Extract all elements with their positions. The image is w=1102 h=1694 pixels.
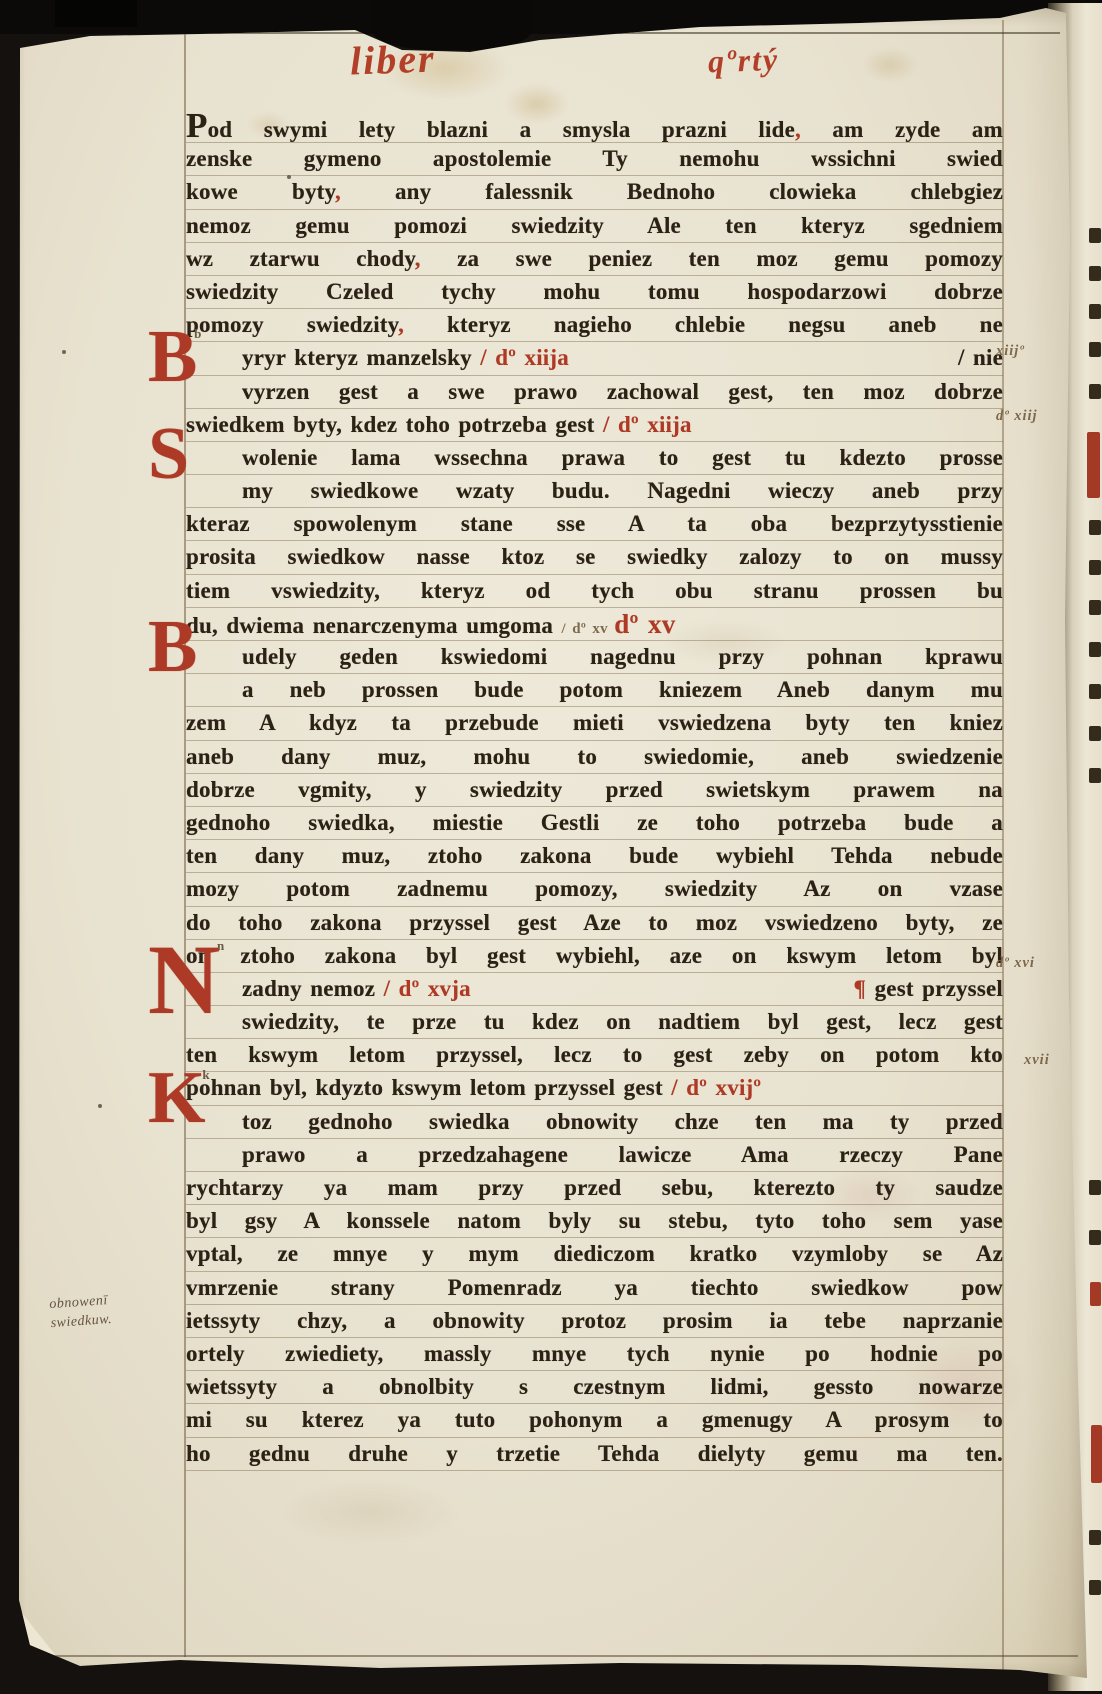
next-page-text-fragment bbox=[1089, 560, 1101, 575]
text-line: zem A kdyz ta przebude mieti vswiedzena … bbox=[186, 707, 1003, 740]
text-line: ten kswym letom przyssel, lecz to gest z… bbox=[186, 1039, 1003, 1072]
margin-gloss-line: swiedkuw. bbox=[50, 1310, 113, 1333]
text-segment: am zyde am bbox=[801, 117, 1003, 142]
text-segment: mi su kterez ya tuto pohonym a gmenugy A… bbox=[186, 1407, 1003, 1432]
text-segment: kteryz nagieho chlebie negsu aneb ne bbox=[404, 312, 1003, 337]
text-line: wz ztarwu chody, za swe peniez ten moz g… bbox=[186, 243, 1003, 276]
margin-note: xiijº bbox=[996, 343, 1025, 360]
text-segment: zadny nemoz bbox=[242, 973, 384, 1005]
margin-note: dº xiij bbox=[996, 408, 1038, 425]
text-line: tiem vswiedzity, kteryz od tych obu stra… bbox=[186, 575, 1003, 608]
manuscript-page: liber qºrtý Pod swymi lety blazni a smys… bbox=[0, 0, 1102, 1694]
text-segment: gednoho swiedka, miestie Gestli ze toho … bbox=[186, 810, 1003, 835]
text-line: mi su kterez ya tuto pohonym a gmenugy A… bbox=[186, 1404, 1003, 1437]
next-page-text-fragment bbox=[1089, 1230, 1101, 1245]
next-page-text-fragment bbox=[1089, 1530, 1101, 1545]
text-line: Pod swymi lety blazni a smysla prazni li… bbox=[186, 110, 1003, 143]
next-page-text-fragment bbox=[1089, 726, 1101, 741]
text-segment: mozy potom zadnemu pomozy, swiedzity Az … bbox=[186, 876, 1003, 901]
guide-letter: n bbox=[217, 941, 224, 952]
text-segment: za swe peniez ten moz gemu pomozy bbox=[421, 246, 1003, 271]
text-segment: my swiedkowe wzaty budu. Nagedni wieczy … bbox=[242, 478, 1003, 503]
text-segment: P bbox=[186, 110, 208, 143]
text-line: wietssyty a obnolbity s czestnym lidmi, … bbox=[186, 1371, 1003, 1404]
text-line: pohnan byl, kdyzto kswym letom przyssel … bbox=[186, 1072, 1003, 1105]
next-page-text-fragment bbox=[1089, 1580, 1101, 1595]
text-segment: kteraz spowolenym stane sse A ta oba bez… bbox=[186, 511, 1003, 536]
parchment-stain bbox=[280, 1480, 460, 1544]
text-line: a neb prossen bude potom kniezem Aneb da… bbox=[186, 674, 1003, 707]
next-page-text-fragment bbox=[1089, 266, 1101, 281]
text-segment: vmrzenie strany Pomenradz ya tiechto swi… bbox=[186, 1275, 1003, 1300]
next-page-text-fragment bbox=[1089, 520, 1101, 535]
text-segment: prawo a przedzahagene lawicze Ama rzeczy… bbox=[242, 1142, 1003, 1167]
text-segment: / dº xiija bbox=[603, 412, 692, 437]
text-segment: ten dany muz, ztoho zakona bude wybiehl … bbox=[186, 843, 1003, 868]
text-line: ten dany muz, ztoho zakona bude wybiehl … bbox=[186, 840, 1003, 873]
page-corner-fold bbox=[18, 1608, 64, 1666]
binding-tab bbox=[55, 0, 137, 27]
next-page-initial-fragment bbox=[1090, 1282, 1101, 1306]
text-segment: ¶ bbox=[854, 973, 875, 1005]
text-segment: ten kswym letom przyssel, lecz to gest z… bbox=[186, 1042, 1003, 1067]
text-segment: nemoz gemu pomozi swiedzity Ale ten kter… bbox=[186, 213, 1003, 238]
next-page-text-fragment bbox=[1089, 684, 1101, 699]
next-page-text-fragment bbox=[1089, 384, 1101, 399]
text-segment: vptal, ze mnye y mym diediczom kratko vz… bbox=[186, 1241, 1003, 1266]
text-segment: ho gednu druhe y trzetie Tehda dielyty g… bbox=[186, 1441, 1003, 1466]
text-line: wolenie lama wssechna prawa to gest tu k… bbox=[186, 442, 1003, 475]
parchment-stain bbox=[862, 48, 918, 82]
manuscript-photo: liber qºrtý Pod swymi lety blazni a smys… bbox=[0, 0, 1102, 1694]
text-line: ortely zwiediety, massly mnye tych nynie… bbox=[186, 1338, 1003, 1371]
text-segment: dº xv bbox=[614, 609, 675, 639]
text-segment: ietssyty chzy, a obnowity protoz prosim … bbox=[186, 1308, 1003, 1333]
text-line: prosita swiedkow nasse ktoz se swiedky z… bbox=[186, 541, 1003, 574]
text-line: zadny nemoz / dº xvja¶ gest przyssel bbox=[186, 973, 1003, 1006]
text-line: aneb dany muz, mohu to swiedomie, aneb s… bbox=[186, 741, 1003, 774]
next-page-text-fragment bbox=[1089, 642, 1101, 657]
text-segment: zem A kdyz ta przebude mieti vswiedzena … bbox=[186, 710, 1003, 735]
text-segment: on ztoho zakona byl gest wybiehl, aze on… bbox=[186, 943, 1003, 968]
text-line: ietssyty chzy, a obnowity protoz prosim … bbox=[186, 1305, 1003, 1338]
rubric-initial-B: Bb bbox=[148, 327, 197, 388]
speck bbox=[98, 1104, 102, 1108]
text-segment: udely geden kswiedomi nagednu przy pohna… bbox=[242, 644, 1003, 669]
text-segment: prosita swiedkow nasse ktoz se swiedky z… bbox=[186, 544, 1003, 569]
text-segment: do toho zakona przyssel gest Aze to moz … bbox=[186, 910, 1003, 935]
next-page-text-fragment bbox=[1089, 1180, 1101, 1195]
text-line: mozy potom zadnemu pomozy, swiedzity Az … bbox=[186, 873, 1003, 906]
text-segment: a neb prossen bude potom kniezem Aneb da… bbox=[242, 677, 1003, 702]
next-page-text-fragment bbox=[1089, 342, 1101, 357]
text-line: vyrzen gest a swe prawo zachowal gest, t… bbox=[186, 376, 1003, 409]
margin-note: dº xvi bbox=[996, 955, 1035, 972]
text-line: dobrze vgmity, y swiedzity przed swietsk… bbox=[186, 774, 1003, 807]
text-segment: rychtarzy ya mam przy przed sebu, kterez… bbox=[186, 1175, 1003, 1200]
text-line: prawo a przedzahagene lawicze Ama rzeczy… bbox=[186, 1139, 1003, 1172]
text-segment: wz ztarwu chody bbox=[186, 246, 415, 271]
text-line: udely geden kswiedomi nagednu przy pohna… bbox=[186, 641, 1003, 674]
text-segment: du, dwiema nenarczenyma umgoma bbox=[186, 613, 561, 638]
text-line: yryr kteryz manzelsky / dº xiija/ nie bbox=[186, 342, 1003, 375]
text-segment: / dº xv bbox=[561, 621, 614, 637]
rubric-initial-B: B bbox=[148, 617, 197, 678]
text-segment: / dº xvijº bbox=[671, 1075, 761, 1100]
next-page-text-fragment bbox=[1089, 600, 1101, 615]
text-segment: / dº xvja bbox=[384, 973, 471, 1005]
text-line: on ztoho zakona byl gest wybiehl, aze on… bbox=[186, 940, 1003, 973]
text-line: byl gsy A konssele natom byly su stebu, … bbox=[186, 1205, 1003, 1238]
next-page-text-fragment bbox=[1089, 228, 1101, 243]
guide-letter: b bbox=[194, 329, 201, 340]
text-segment: zenske gymeno apostolemie Ty nemohu wssi… bbox=[186, 146, 1003, 171]
next-page-text-fragment bbox=[1089, 304, 1101, 319]
running-header-right: qºrtý bbox=[707, 41, 779, 80]
speck bbox=[62, 350, 66, 354]
text-segment: vyrzen gest a swe prawo zachowal gest, t… bbox=[242, 379, 1003, 404]
text-segment: byl gsy A konssele natom byly su stebu, … bbox=[186, 1208, 1003, 1233]
text-line: gednoho swiedka, miestie Gestli ze toho … bbox=[186, 807, 1003, 840]
margin-gloss: obnowenī swiedkuw. bbox=[49, 1291, 113, 1333]
text-line: swiedkem byty, kdez toho potrzeba gest /… bbox=[186, 409, 1003, 442]
text-segment: od swymi lety blazni a smysla prazni lid… bbox=[208, 117, 795, 142]
text-segment: kowe byty bbox=[186, 179, 335, 204]
text-line: ho gednu druhe y trzetie Tehda dielyty g… bbox=[186, 1438, 1003, 1471]
text-segment: gest przyssel bbox=[875, 973, 1003, 1005]
text-segment: yryr kteryz manzelsky bbox=[242, 342, 480, 374]
text-line: nemoz gemu pomozi swiedzity Ale ten kter… bbox=[186, 210, 1003, 243]
next-page-initial-fragment bbox=[1087, 432, 1100, 498]
ruling-line-bottom bbox=[30, 1655, 1078, 1657]
rubric-initial-K: Kk bbox=[148, 1068, 206, 1129]
next-page-initial-fragment bbox=[1091, 1425, 1102, 1483]
text-line: kowe byty, any falessnik Bednoho clowiek… bbox=[186, 176, 1003, 209]
text-segment: pomozy swiedzity bbox=[186, 312, 398, 337]
text-segment: dobrze vgmity, y swiedzity przed swietsk… bbox=[186, 777, 1003, 802]
text-segment: pohnan byl, kdyzto kswym letom przyssel … bbox=[186, 1075, 671, 1100]
text-line: toz gednoho swiedka obnowity chze ten ma… bbox=[186, 1106, 1003, 1139]
text-line: do toho zakona przyssel gest Aze to moz … bbox=[186, 907, 1003, 940]
text-line: vptal, ze mnye y mym diediczom kratko vz… bbox=[186, 1238, 1003, 1271]
text-segment: wietssyty a obnolbity s czestnym lidmi, … bbox=[186, 1374, 1003, 1399]
text-line: pomozy swiedzity, kteryz nagieho chlebie… bbox=[186, 309, 1003, 342]
text-line: swiedzity, te prze tu kdez on nadtiem by… bbox=[186, 1006, 1003, 1039]
rubric-initial-N: Nn bbox=[148, 939, 220, 1021]
text-line: rychtarzy ya mam przy przed sebu, kterez… bbox=[186, 1172, 1003, 1205]
text-segment: swiedzity Czeled tychy mohu tomu hospoda… bbox=[186, 279, 1003, 304]
speck bbox=[940, 1684, 944, 1688]
text-segment: swiedkem byty, kdez toho potrzeba gest bbox=[186, 412, 603, 437]
text-line: zenske gymeno apostolemie Ty nemohu wssi… bbox=[186, 143, 1003, 176]
text-segment: toz gednoho swiedka obnowity chze ten ma… bbox=[242, 1109, 1003, 1134]
text-line: kteraz spowolenym stane sse A ta oba bez… bbox=[186, 508, 1003, 541]
text-line: swiedzity Czeled tychy mohu tomu hospoda… bbox=[186, 276, 1003, 309]
text-segment: any falessnik Bednoho clowieka chlebgiez bbox=[341, 179, 1003, 204]
text-segment: tiem vswiedzity, kteryz od tych obu stra… bbox=[186, 578, 1003, 603]
text-segment: / dº xiija bbox=[480, 342, 569, 374]
text-segment: wolenie lama wssechna prawa to gest tu k… bbox=[242, 445, 1003, 470]
text-segment: aneb dany muz, mohu to swiedomie, aneb s… bbox=[186, 744, 1003, 769]
next-page-text-fragment bbox=[1089, 768, 1101, 783]
text-block: Pod swymi lety blazni a smysla prazni li… bbox=[186, 110, 1003, 1471]
text-line: my swiedkowe wzaty budu. Nagedni wieczy … bbox=[186, 475, 1003, 508]
guide-letter: k bbox=[202, 1070, 209, 1081]
text-segment: ortely zwiediety, massly mnye tych nynie… bbox=[186, 1341, 1003, 1366]
margin-note: xvii bbox=[1024, 1052, 1050, 1069]
rubric-initial-S: S bbox=[148, 424, 189, 485]
background-top-bulge bbox=[372, 0, 532, 50]
text-line: du, dwiema nenarczenyma umgoma / dº xv d… bbox=[186, 608, 1003, 641]
text-line: vmrzenie strany Pomenradz ya tiechto swi… bbox=[186, 1272, 1003, 1305]
text-segment: swiedzity, te prze tu kdez on nadtiem by… bbox=[242, 1009, 1003, 1034]
